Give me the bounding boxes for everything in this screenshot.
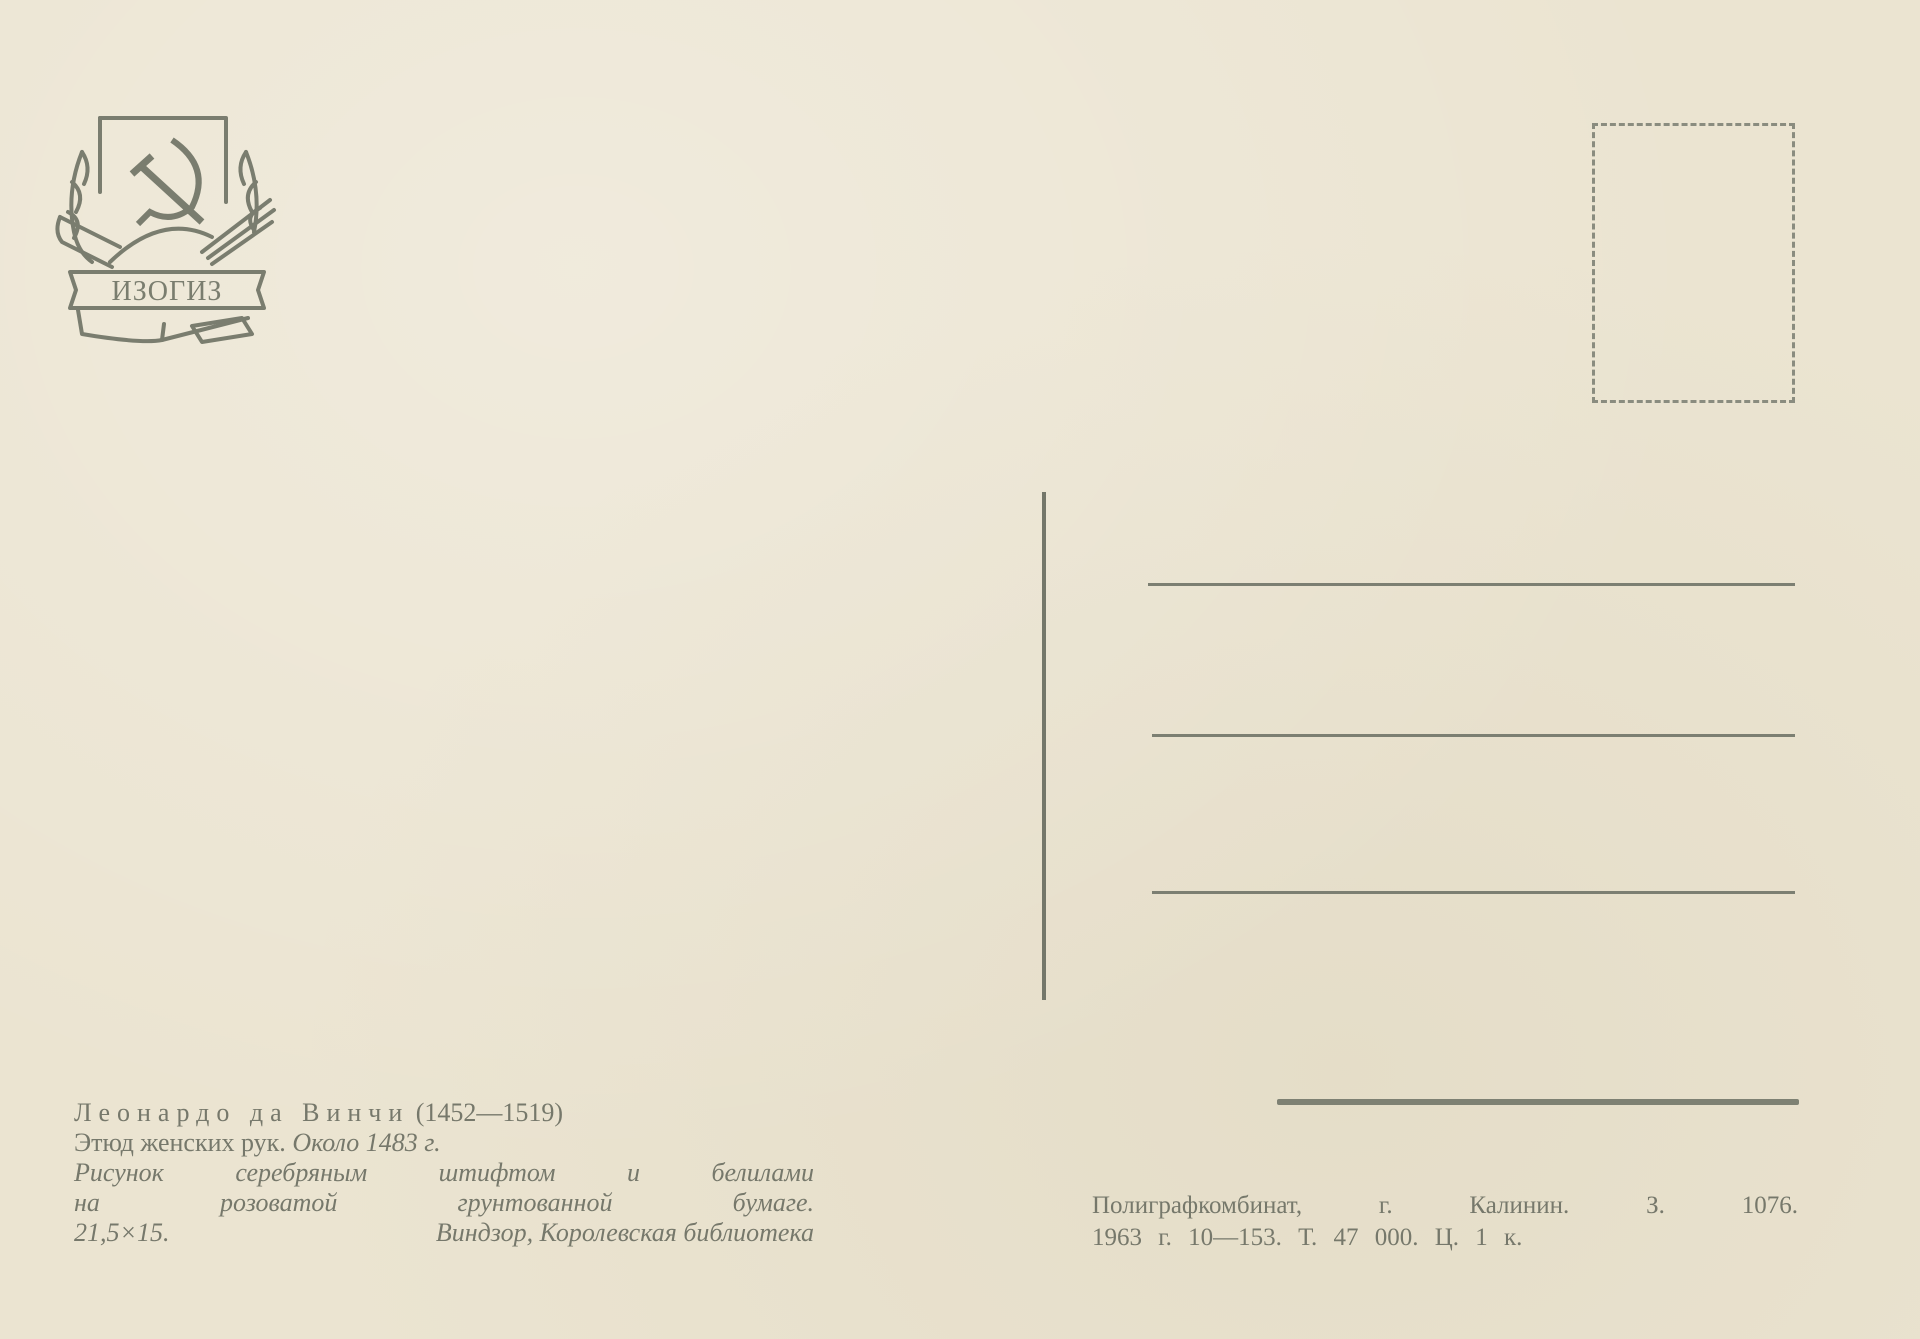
printer-imprint: Полиграфкомбинат, г. Калинин. З. 1076. 1… [1092, 1190, 1798, 1254]
vertical-divider [1042, 492, 1046, 1000]
artist-name: Леонардо да Винчи [74, 1098, 409, 1127]
caption-artist-row: Леонардо да Винчи (1452—1519) [74, 1098, 814, 1128]
hammer-and-sickle-icon [132, 140, 202, 224]
technique-word: белилами [711, 1158, 814, 1188]
imprint-row-1: Полиграфкомбинат, г. Калинин. З. 1076. [1092, 1190, 1798, 1222]
stamp-placeholder-box [1592, 123, 1795, 403]
address-line-1 [1148, 583, 1795, 586]
address-line-2 [1152, 734, 1795, 737]
imprint-word: г. [1379, 1190, 1393, 1222]
artwork-caption: Леонардо да Винчи (1452—1519) Этюд женск… [74, 1098, 814, 1248]
artwork-dimensions: 21,5×15. [74, 1218, 170, 1248]
technique-word: и [627, 1158, 640, 1188]
logo-text: ИЗОГИЗ [112, 276, 223, 307]
technique-word: грунтованной [458, 1188, 613, 1218]
izogiz-logo: ИЗОГИЗ [52, 112, 278, 344]
imprint-word: З. [1646, 1190, 1665, 1222]
technique-word: на [74, 1188, 100, 1218]
imprint-word: 1076. [1742, 1190, 1798, 1222]
postal-code-line [1277, 1099, 1799, 1105]
technique-word: розоватой [220, 1188, 337, 1218]
imprint-word: Калинин. [1469, 1190, 1569, 1222]
artwork-title: Этюд женских рук. [74, 1128, 286, 1157]
caption-technique-row-2: на розоватой грунтованной бумаге. [74, 1188, 814, 1218]
technique-word: штифтом [439, 1158, 556, 1188]
technique-word: серебряным [235, 1158, 367, 1188]
imprint-row-2: 1963 г. 10—153. Т. 47 000. Ц. 1 к. [1092, 1222, 1798, 1254]
imprint-word: Полиграфкомбинат, [1092, 1190, 1302, 1222]
caption-technique-row-1: Рисунок серебряным штифтом и белилами [74, 1158, 814, 1188]
artist-years: (1452—1519) [416, 1098, 563, 1127]
caption-title-row: Этюд женских рук. Около 1483 г. [74, 1128, 814, 1158]
technique-word: Рисунок [74, 1158, 164, 1188]
artwork-location: Виндзор, Королевская библиотека [436, 1218, 814, 1248]
caption-location-row: 21,5×15. Виндзор, Королевская библиотека [74, 1218, 814, 1248]
technique-word: бумаге. [733, 1188, 814, 1218]
address-line-3 [1152, 891, 1795, 894]
izogiz-emblem-icon: ИЗОГИЗ [52, 112, 278, 344]
artwork-date: Около 1483 г. [292, 1128, 440, 1157]
